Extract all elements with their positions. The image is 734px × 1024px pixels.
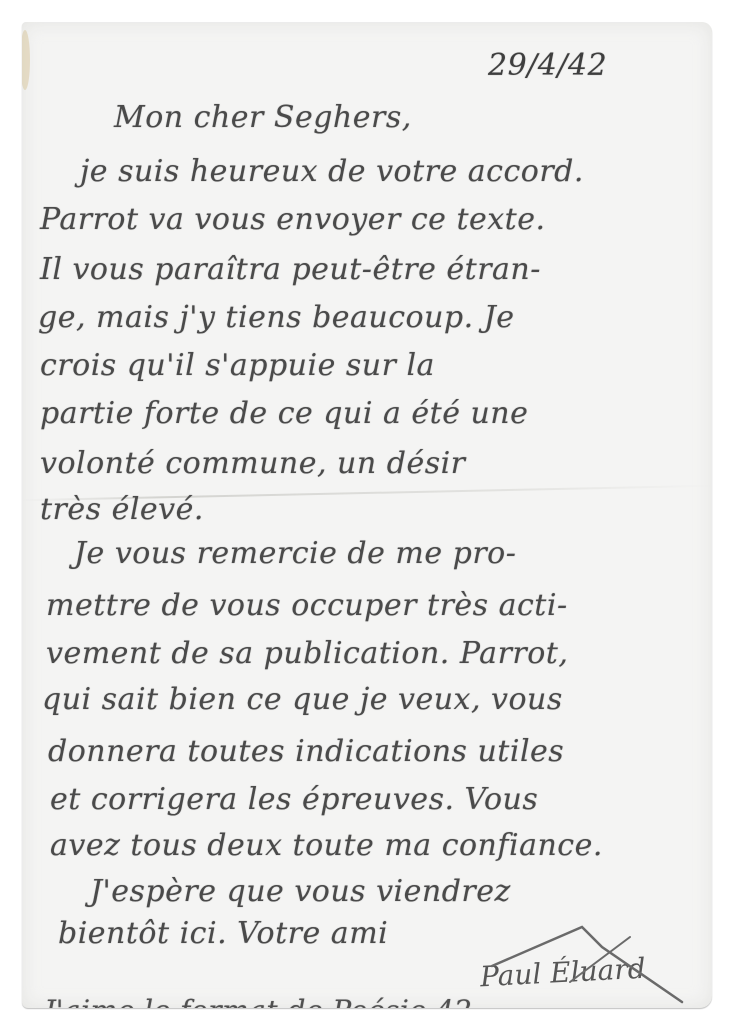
letter-line: avez tous deux toute ma confiance.: [50, 828, 603, 863]
letter-line: je suis heureux de votre accord.: [80, 154, 584, 189]
letter-line: bientôt ici. Votre ami: [58, 916, 388, 951]
signature: Paul Éluard: [479, 952, 646, 994]
letter-line: J'espère que vous viendrez: [90, 874, 511, 909]
letter-line: vement de sa publication. Parrot,: [46, 636, 568, 671]
letter-line: ge, mais j'y tiens beaucoup. Je: [38, 300, 515, 335]
letter-line: très élevé.: [40, 492, 204, 527]
letter-line: partie forte de ce qui a été une: [40, 396, 528, 431]
letter-line: mettre de vous occuper très acti-: [46, 588, 568, 623]
letter-date: 29/4/42: [488, 48, 607, 83]
letter-line: Parrot va vous envoyer ce texte.: [40, 202, 546, 237]
letter-line: Il vous paraîtra peut-être étran-: [40, 252, 541, 287]
letter-salutation: Mon cher Seghers,: [114, 100, 412, 135]
letter-line: Je vous remercie de me pro-: [74, 536, 516, 571]
letter-line: qui sait bien ce que je veux, vous: [42, 682, 563, 717]
letter-line: donnera toutes indications utiles: [48, 734, 564, 769]
postscript: J'aime le format de Poésie 42.: [44, 994, 482, 1008]
letter-line: crois qu'il s'appuie sur la: [40, 348, 435, 383]
letter-line: volonté commune, un désir: [40, 446, 466, 481]
postcard: 29/4/42 Mon cher Seghers, je suis heureu…: [22, 22, 712, 1008]
letter-line: et corrigera les épreuves. Vous: [50, 782, 538, 817]
